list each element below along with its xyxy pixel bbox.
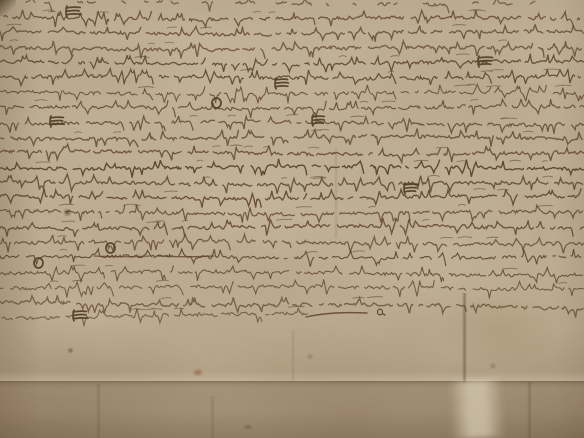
handwriting-ink-layer [0,0,584,438]
manuscript-photo: Photograph of a medieval Latin charter h… [0,0,584,438]
